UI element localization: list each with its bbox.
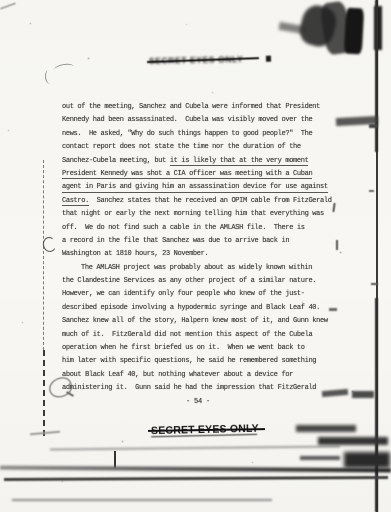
text-segment: administering it. Gunn said he had the i… [62, 384, 316, 392]
text-line: Sanchez knew all of the story, Halpern k… [62, 315, 334, 328]
scan-streak [50, 445, 340, 450]
text-line: that night or early the next morning tel… [62, 208, 334, 221]
text-segment: about Black Leaf 40, but nothing whateve… [62, 371, 293, 379]
text-line: administering it. Gunn said he had the i… [62, 382, 334, 395]
underlined-passage: President Kennedy was shot a CIA officer… [62, 170, 312, 180]
secret-stamp-bottom: SECRET EYES ONLY [151, 423, 263, 438]
film-edge-line [376, 0, 378, 512]
text-segment: contact report does not state the time n… [62, 143, 301, 151]
text-line: Castro. Sanchez states that he received … [62, 195, 334, 208]
text-line: him later with specific questions, he sa… [62, 355, 334, 368]
text-segment: Kennedy had been assassinated. Cubela wa… [62, 116, 312, 124]
ink-blot [266, 56, 271, 62]
secret-stamp-top: SECRET EYES ONLY [149, 54, 265, 66]
margin-smudge [336, 116, 378, 126]
text-segment: Sanchez knew all of the story, Halpern k… [62, 317, 328, 325]
film-edge-line [375, 0, 378, 152]
film-tick [369, 124, 378, 128]
scan-blob [320, 0, 353, 55]
text-segment: However, we can identify only four peopl… [62, 290, 305, 298]
corner-mark [0, 2, 16, 9]
text-line: operation when he first briefed us on it… [62, 342, 334, 355]
scan-streak [0, 466, 391, 473]
film-edge-line [375, 298, 378, 512]
scan-smudge [296, 425, 356, 432]
film-tick [371, 283, 378, 285]
text-segment: much of it. FitzGerald did not mention t… [62, 331, 312, 339]
text-line: news. He asked, "Why do such things happ… [62, 128, 334, 141]
text-line: Washington at 1810 hours, 23 November. [62, 248, 334, 261]
scan-smudge [374, 6, 382, 50]
text-line: Sanchez-Cubela meeting, but it is likely… [62, 155, 334, 168]
scan-smudge [300, 456, 340, 460]
underlined-passage: Castro. [62, 197, 89, 207]
text-segment: The AMLASH project was probably about as… [81, 264, 312, 272]
document-page: SECRET EYES ONLY out of the meeting, San… [0, 0, 391, 512]
scan-smudge [318, 437, 388, 445]
fold-line [43, 350, 45, 436]
text-line: President Kennedy was shot a CIA officer… [62, 168, 334, 181]
scan-blob [296, 2, 339, 49]
text-segment: news. He asked, "Why do such things happ… [62, 130, 312, 138]
dust-speckles [0, 0, 1, 1]
text-segment: out of the meeting, Sanchez and Cubela w… [62, 103, 320, 111]
handwritten-mark [53, 62, 74, 74]
text-line: out of the meeting, Sanchez and Cubela w… [62, 101, 334, 114]
text-segment: operation when he first briefed us on it… [62, 344, 305, 352]
text-segment: off. We do not find such a cable in the … [62, 224, 305, 232]
margin-mark [336, 240, 338, 250]
handwritten-paren-mark [44, 70, 54, 85]
underlined-passage: it is likely that at the very moment [170, 157, 309, 167]
text-line: Kennedy had been assassinated. Cubela wa… [62, 114, 334, 127]
scan-smudge [279, 22, 306, 34]
text-line: However, we can identify only four peopl… [62, 288, 334, 301]
text-segment: Sanchez states that he received an OPIM … [89, 197, 332, 205]
margin-smudge [352, 391, 374, 398]
scan-streak [12, 499, 272, 501]
text-line: The AMLASH project was probably about as… [62, 262, 334, 275]
page-number: - 54 - [62, 398, 334, 406]
scan-streak [30, 431, 60, 436]
text-line: about Black Leaf 40, but nothing whateve… [62, 369, 334, 382]
text-segment: Sanchez-Cubela meeting, but [62, 157, 170, 165]
fold-line [43, 160, 44, 350]
text-segment: the Clandestine Services as any other pr… [62, 277, 316, 285]
text-line: off. We do not find such a cable in the … [62, 222, 334, 235]
scan-smudge [344, 452, 390, 468]
text-segment: Washington at 1810 hours, 23 November. [62, 250, 208, 258]
text-line: contact report does not state the time n… [62, 141, 334, 154]
scan-blob [344, 8, 364, 55]
handwritten-c-mark [42, 236, 58, 253]
underlined-passage: agent in Paris and giving him an assassi… [62, 183, 328, 193]
text-segment: him later with specific questions, he sa… [62, 357, 316, 365]
text-line: described episode involving a hypodermic… [62, 302, 334, 315]
text-segment: described episode involving a hypodermic… [62, 304, 320, 312]
text-segment: that night or early the next morning tel… [62, 210, 324, 218]
text-line: a record in the file that Sanchez was du… [62, 235, 334, 248]
scan-streak [4, 476, 388, 481]
scan-mark [114, 451, 116, 468]
text-line: the Clandestine Services as any other pr… [62, 275, 334, 288]
film-tick [369, 190, 374, 192]
text-line: much of it. FitzGerald did not mention t… [62, 329, 334, 342]
text-segment: a record in the file that Sanchez was du… [62, 237, 289, 245]
text-line: agent in Paris and giving him an assassi… [62, 181, 334, 194]
typewritten-text: out of the meeting, Sanchez and Cubela w… [62, 101, 334, 396]
